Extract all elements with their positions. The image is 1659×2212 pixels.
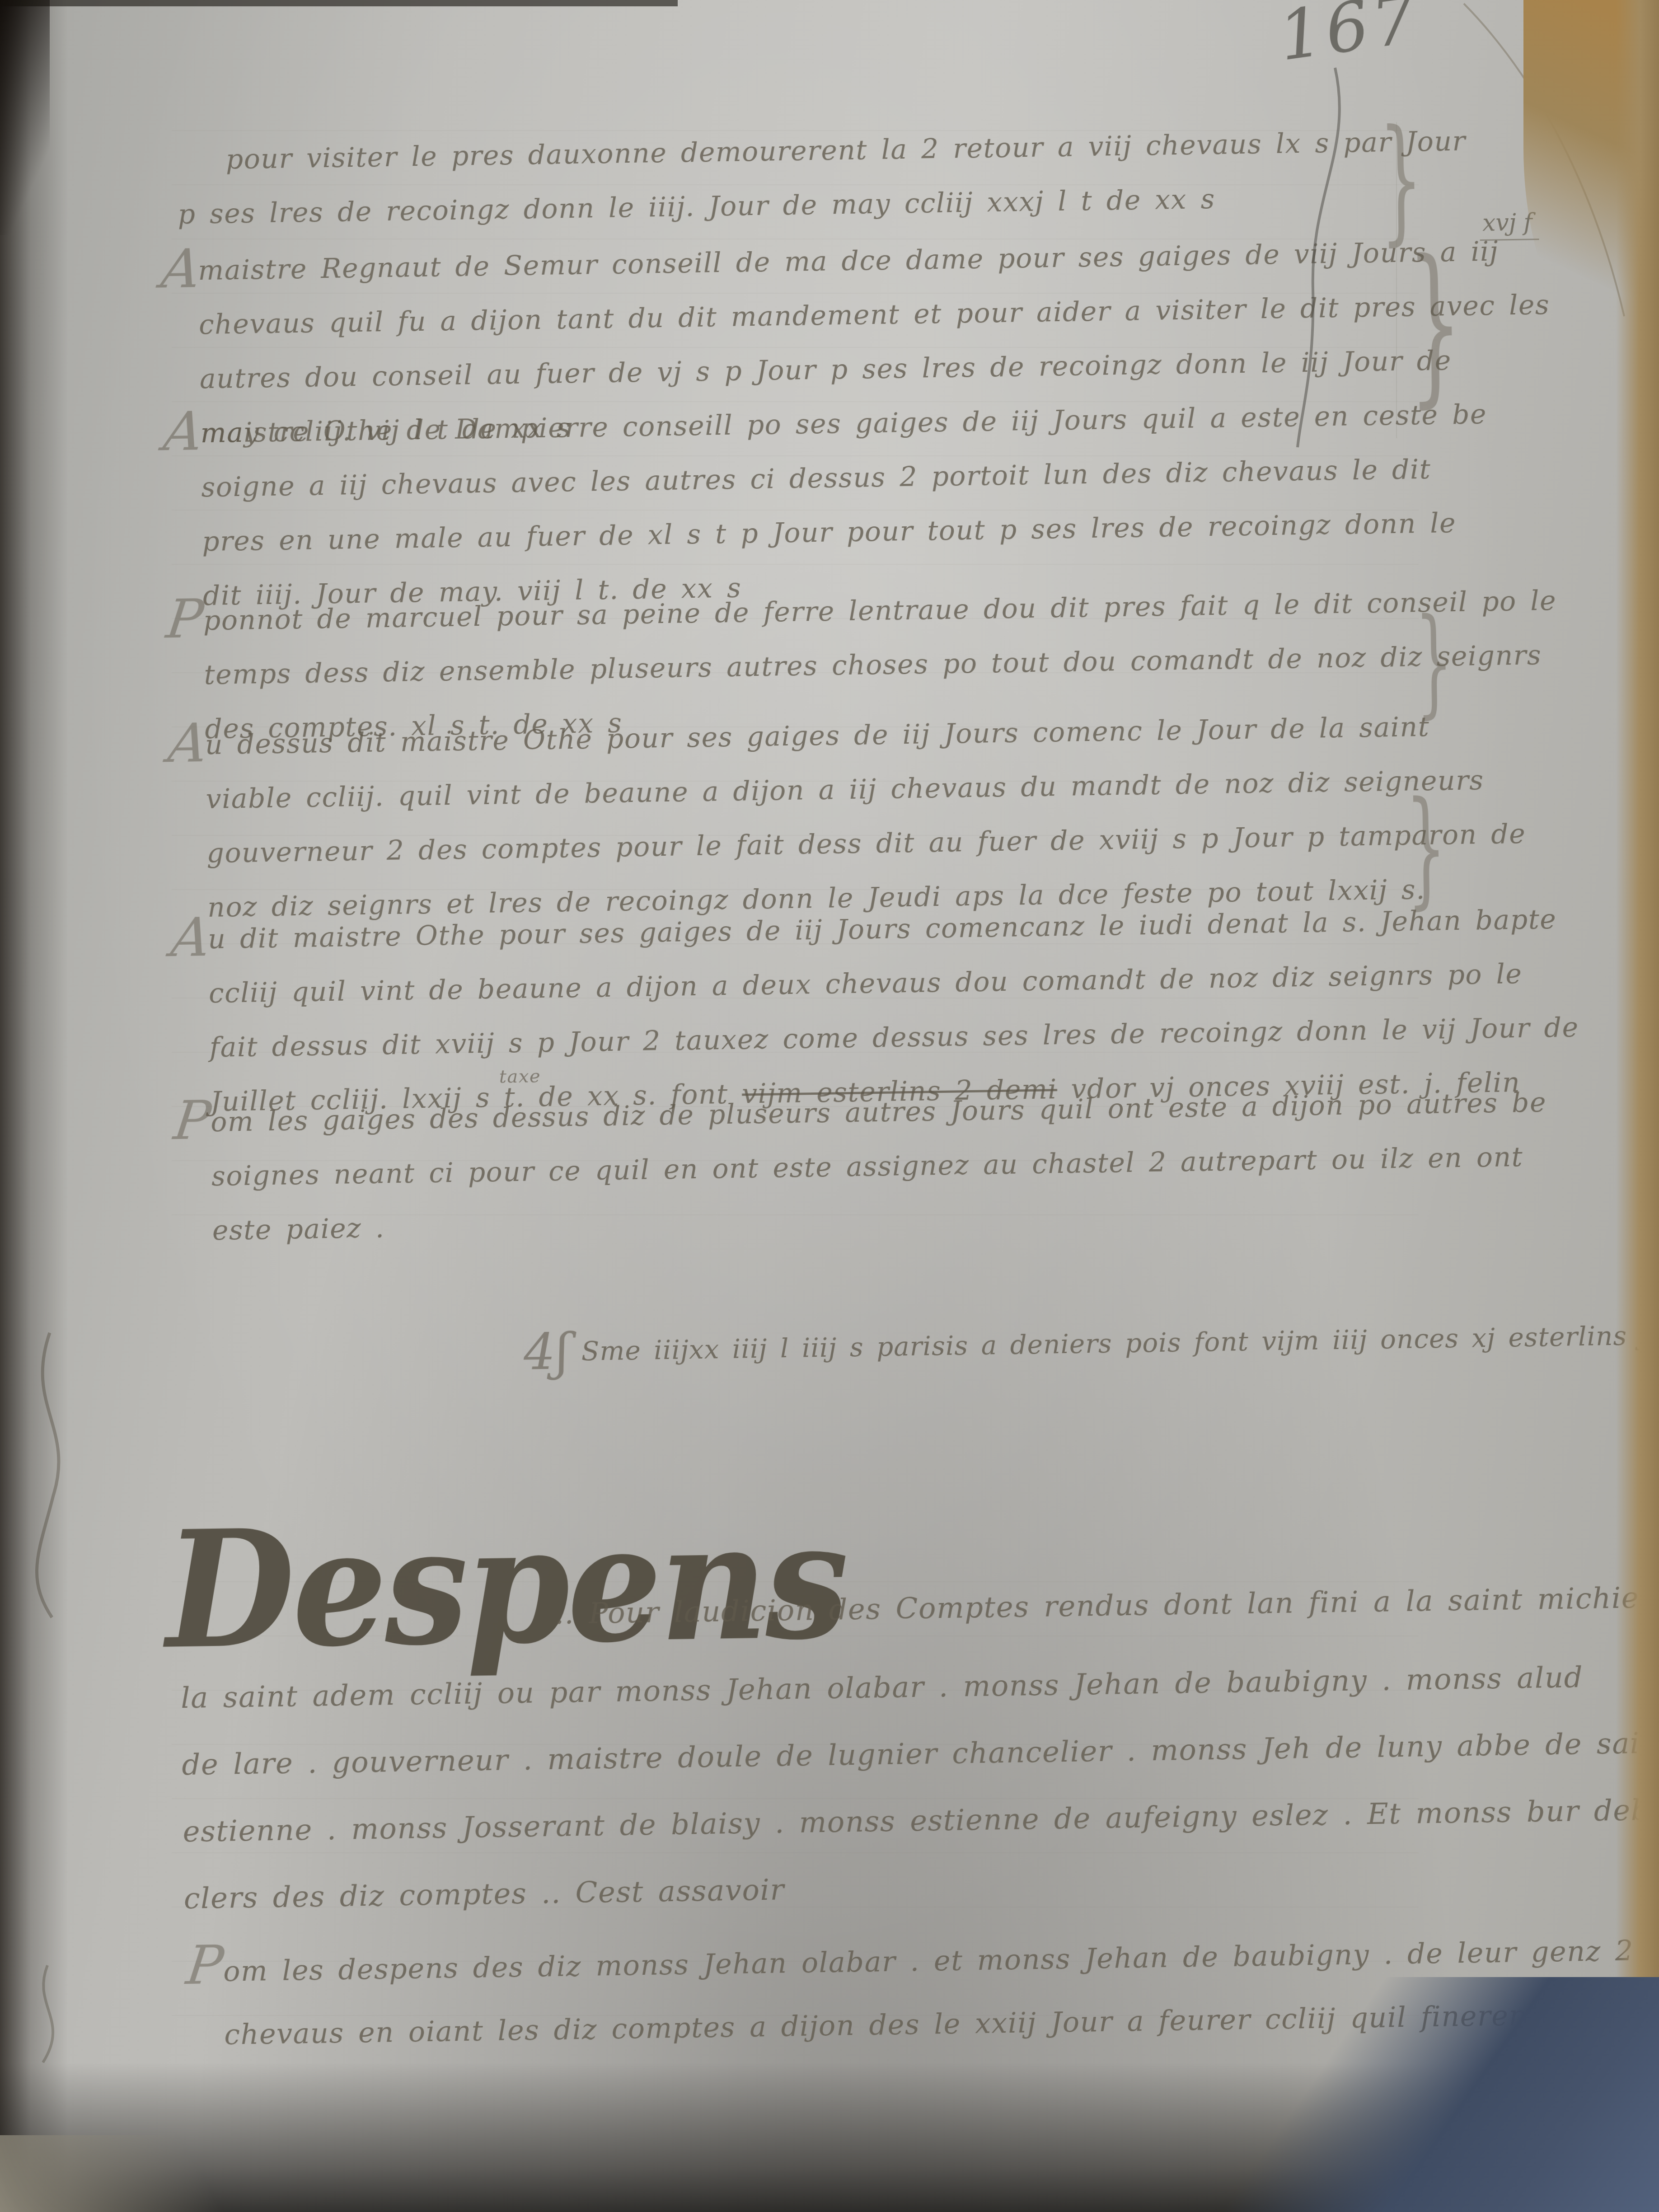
paragraph-mark: P xyxy=(183,1934,227,1996)
folio-number: 167 xyxy=(1274,0,1424,76)
blue-cloth-background xyxy=(1216,1977,1659,2212)
summa-line: 4ʃSme iiijxx iiij l iiij s parisis a den… xyxy=(523,1305,1659,1381)
summa-mark: 4ʃ xyxy=(523,1322,570,1381)
paragraph-mark: A xyxy=(168,906,215,969)
paragraph-mark: A xyxy=(158,237,205,300)
paragraph-mark: A xyxy=(165,712,211,775)
despens-body: la saint adem ccliij ou par monss Jehan … xyxy=(180,1643,1659,1932)
paragraph-mark: P xyxy=(171,1089,215,1152)
paragraph-mark: A xyxy=(160,400,207,463)
gutter-shadow-left xyxy=(0,0,68,2212)
page-bottom-left-fold xyxy=(0,2135,235,2212)
book-pages-edge-right xyxy=(1616,0,1659,2212)
entry-1: pour visiter le pres dauxonne demoureren… xyxy=(225,114,1467,241)
photo-edge-top xyxy=(0,0,678,6)
paragraph-mark: P xyxy=(163,587,207,650)
manuscript-text-layer: 167 xvj f pour visiter le pres dauxonne … xyxy=(0,0,1659,2212)
entry-7: P om les gaiges des dessus diz de pluseu… xyxy=(210,1075,1548,1258)
summa-text: Sme iiijxx iiij l iiij s parisis a denie… xyxy=(581,1319,1659,1367)
manuscript-page-photo: 167 xvj f pour visiter le pres dauxonne … xyxy=(0,0,1659,2212)
gutter-shadow-top-left xyxy=(0,0,50,235)
